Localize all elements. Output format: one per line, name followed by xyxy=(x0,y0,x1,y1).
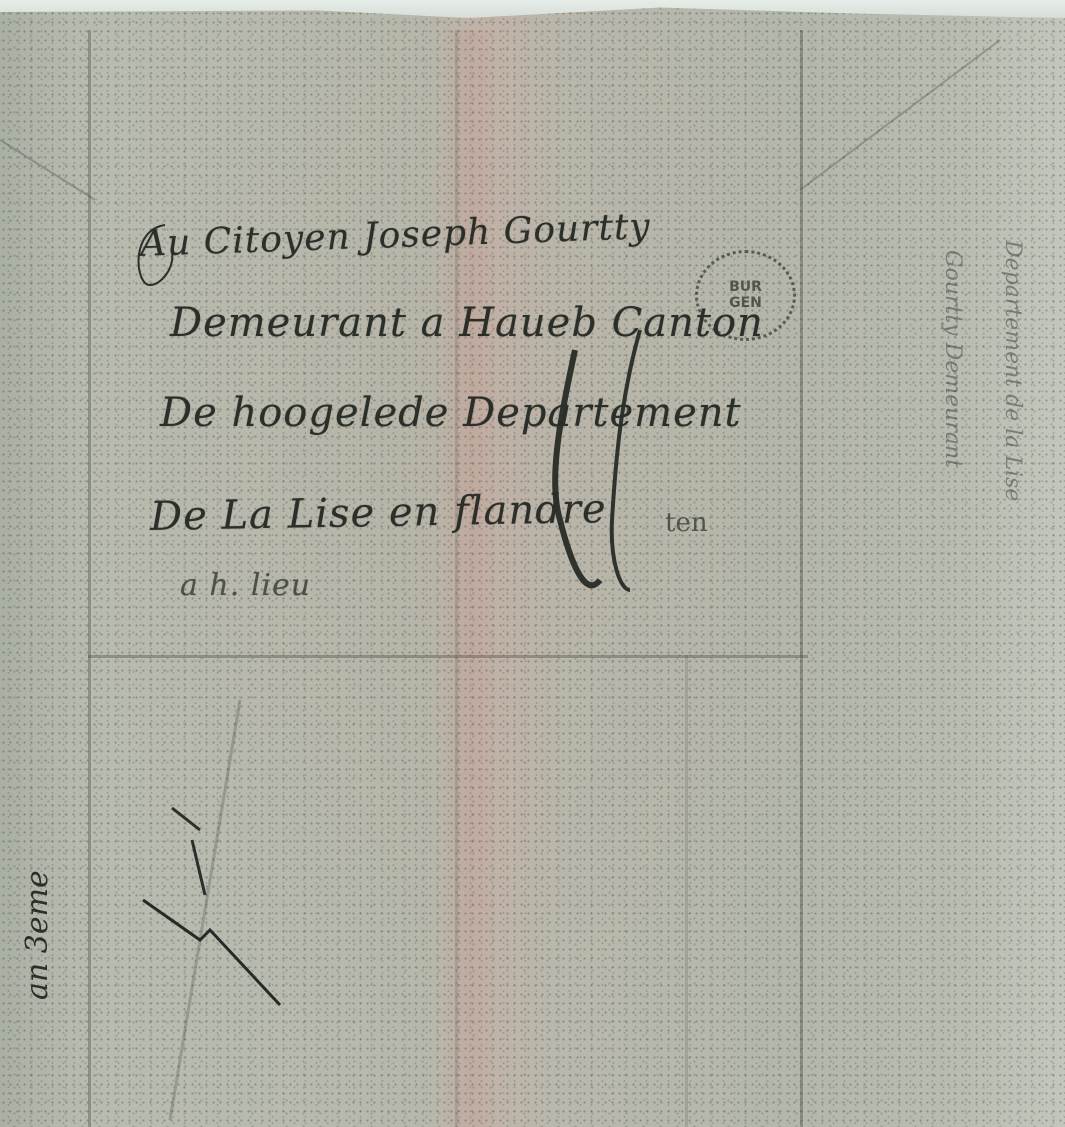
postmark-stamp: BUR GEN xyxy=(695,250,796,341)
address-line-department: De hoogelede Departement xyxy=(160,390,742,436)
address-line-location: a h. lieu xyxy=(180,568,311,603)
postmark-line-2: GEN xyxy=(729,296,762,311)
postmark-line-1: BUR xyxy=(729,280,762,295)
margin-note-right-1: Gourtty Demeurant xyxy=(940,250,965,468)
address-line-region: De La Lise en flandre xyxy=(150,486,607,540)
address-line-residence: Demeurant a Haueb Canton xyxy=(170,300,764,346)
margin-note-left: an 3eme xyxy=(20,870,55,1000)
document-photo: Au Citoyen Joseph Gourtty Demeurant a Ha… xyxy=(0,0,1065,1127)
margin-note-right-2: Departement de la Lise xyxy=(1000,240,1025,501)
stamp-mark: ten xyxy=(665,508,708,538)
crease-lines xyxy=(0,0,1065,1127)
